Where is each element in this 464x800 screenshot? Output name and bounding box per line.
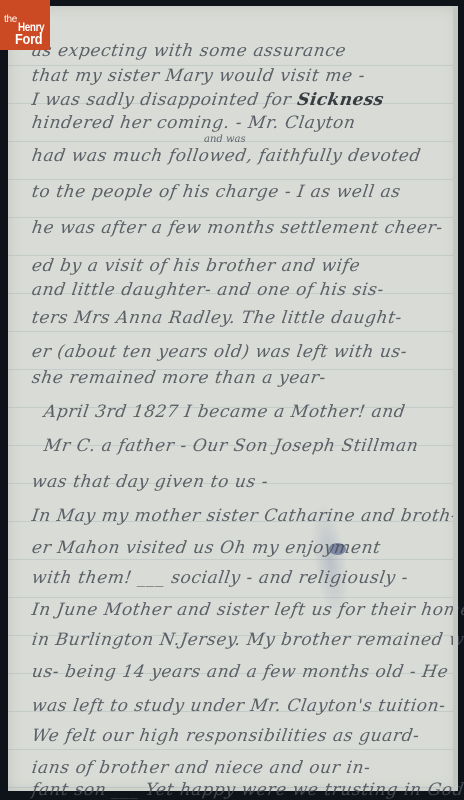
text-line: April 3rd 1827 I became a Mother! and — [43, 402, 407, 422]
text-line: that my sister Mary would visit me - — [31, 66, 367, 86]
text-line: she remained more than a year- — [31, 368, 328, 388]
logo-text-ford: Ford — [15, 31, 42, 48]
text-line: us- being 14 years and a few months old … — [31, 662, 450, 682]
text-line: I was sadly disappointed for Sickness — [31, 90, 386, 110]
emphasized-word: Sickness — [296, 90, 385, 110]
text-line: and little daughter- and one of his sis- — [31, 280, 386, 300]
text-line: he was after a few months settlement che… — [31, 218, 445, 238]
text-line: fant son ___ Yet happy were we trusting … — [31, 780, 464, 800]
text-line: Mr C. a father - Our Son Joseph Stillman — [43, 436, 420, 456]
inserted-text: and was — [204, 134, 246, 145]
manuscript-page: as expecting with some assurance that my… — [8, 6, 458, 791]
text-line: was that day given to us - — [31, 472, 270, 492]
text-line: to the people of his charge - I as well … — [31, 182, 402, 202]
logo-text-the: the — [4, 14, 17, 25]
text-line: ians of brother and niece and our in- — [31, 758, 372, 778]
text-line: with them! ___ socially - and religiousl… — [31, 568, 410, 588]
text-line: ed by a visit of his brother and wife — [31, 256, 362, 276]
handwritten-text: as expecting with some assurance that my… — [8, 6, 458, 791]
text-line: hindered her coming. - Mr. Clayton — [31, 113, 357, 133]
viewer-frame: as expecting with some assurance that my… — [0, 0, 464, 800]
text-line: er (about ten years old) was left with u… — [31, 342, 409, 362]
text-line: was left to study under Mr. Clayton's tu… — [31, 696, 447, 716]
text-line: We felt our high responsibilities as gua… — [31, 726, 421, 746]
text-line-part: I was sadly disappointed for — [31, 90, 293, 110]
text-line: ters Mrs Anna Radley. The little daught- — [31, 308, 404, 328]
text-line: had was much followed, faithfully devote… — [31, 146, 423, 166]
text-line: In May my mother sister Catharine and br… — [31, 506, 459, 526]
text-line: as expecting with some assurance — [31, 41, 348, 61]
text-line: In June Mother and sister left us for th… — [31, 600, 464, 620]
text-line: in Burlington N.Jersey. My brother remai… — [31, 630, 464, 650]
henry-ford-logo: the Henry Ford — [0, 0, 50, 50]
text-line: er Mahon visited us Oh my enjoyment — [31, 538, 382, 558]
